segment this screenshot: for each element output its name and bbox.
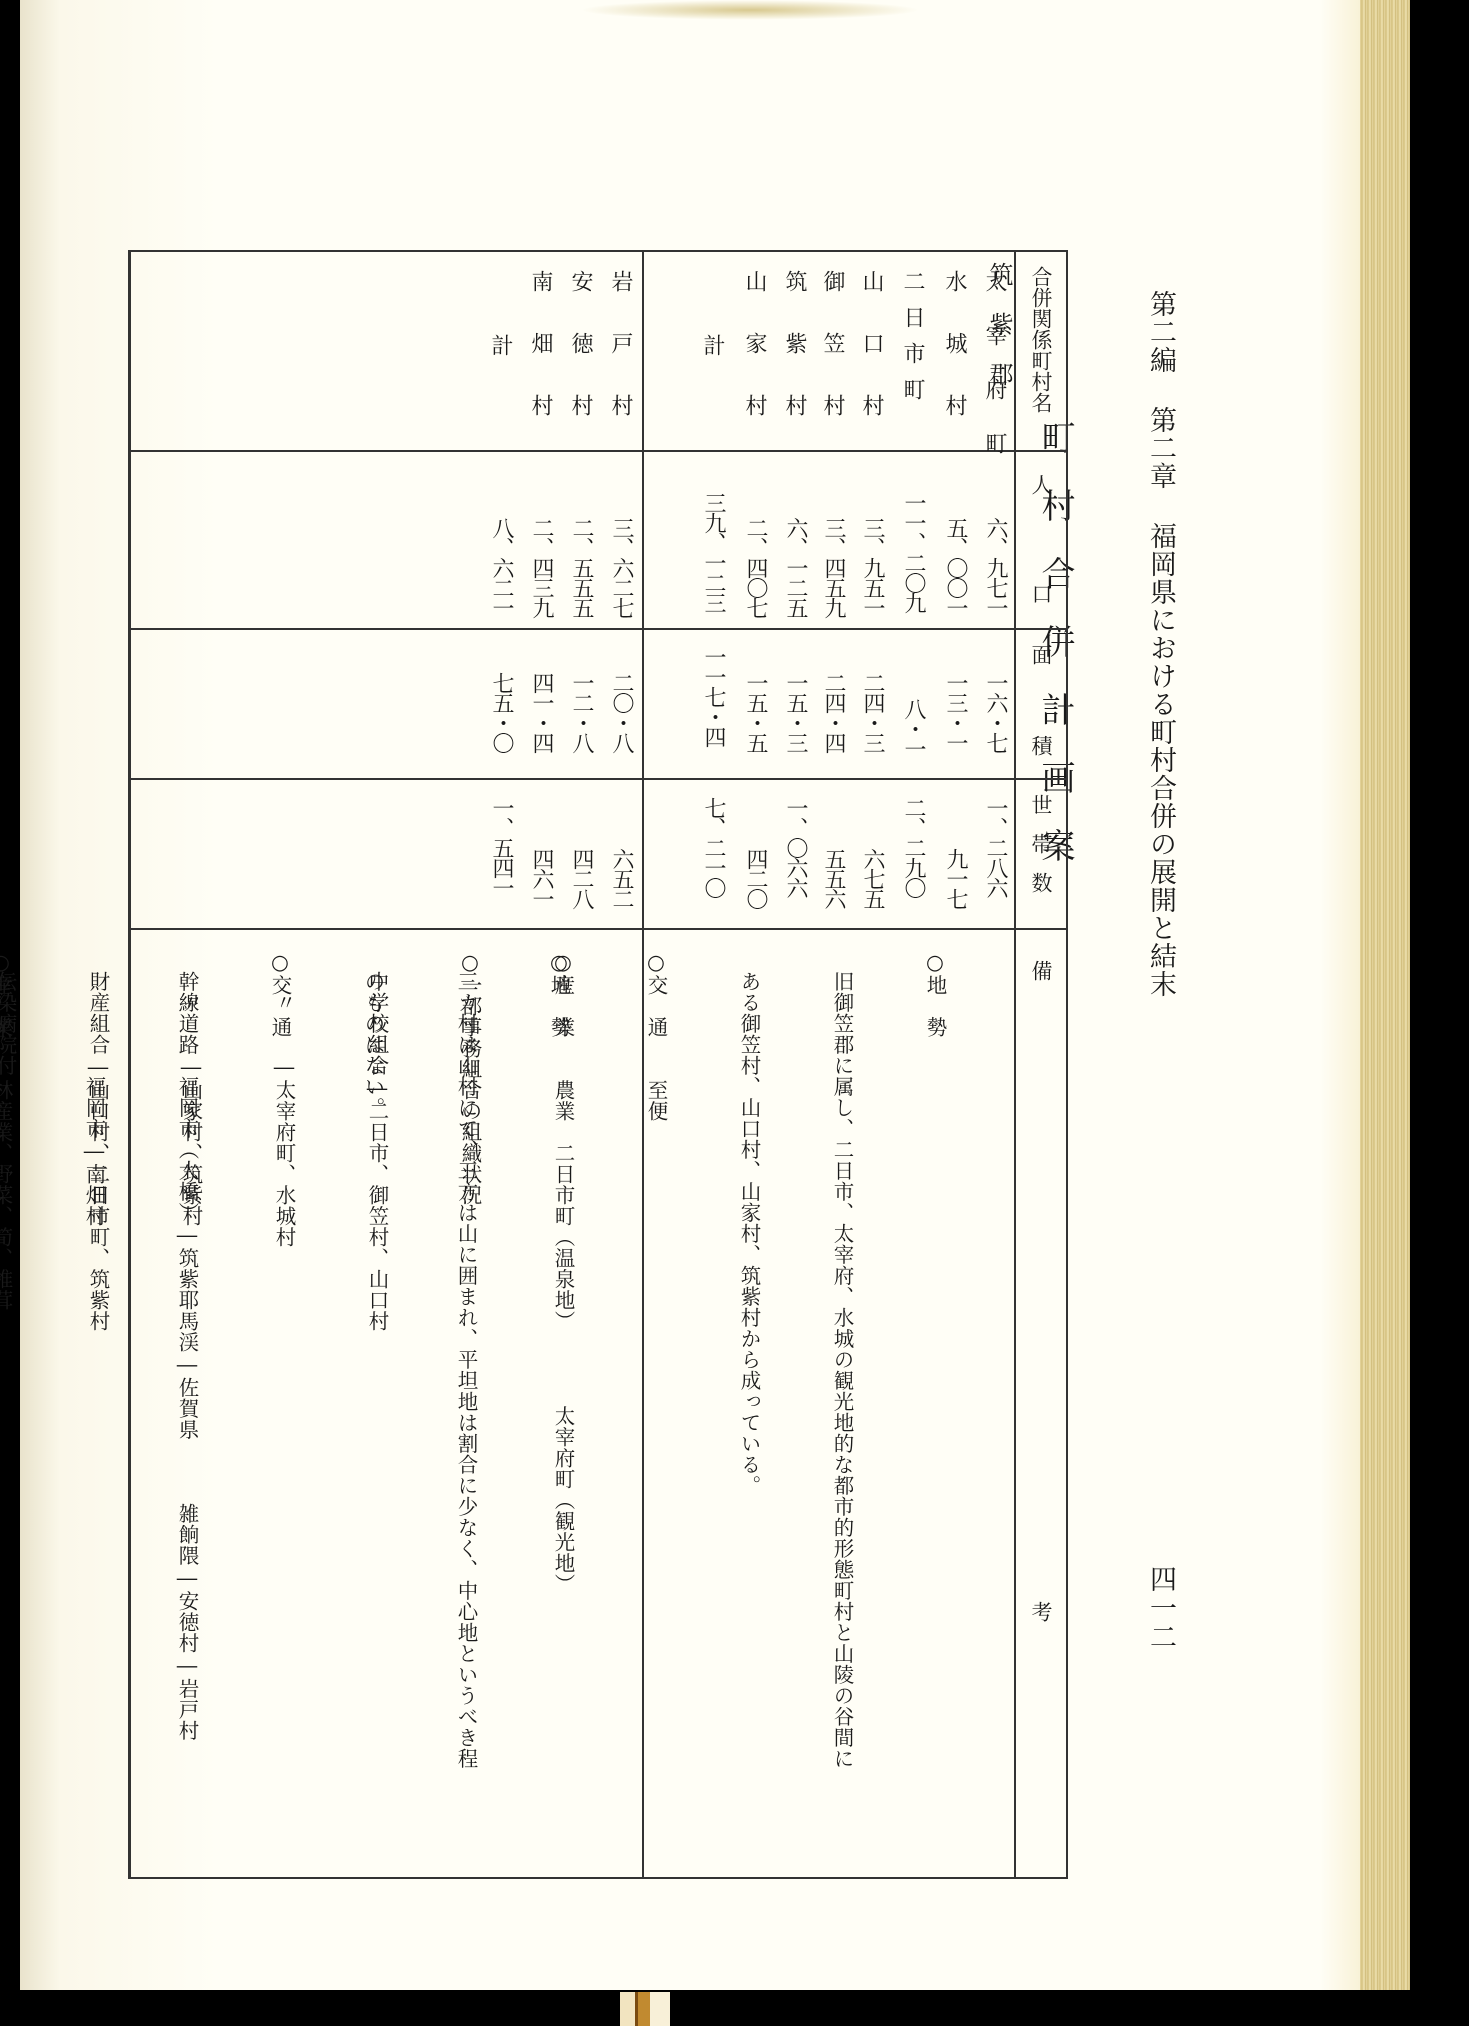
- area-value: 二四・四: [820, 672, 846, 752]
- town-name: 筑紫村: [780, 270, 808, 456]
- remark-line: ○交 通 至便: [640, 950, 671, 1769]
- table-group-2: 岩戸村 安徳村 南畑村 計 三、六二七 二、五五五 二、四三九 八、六二一 二〇…: [131, 252, 642, 1877]
- town-name: 二日市町: [898, 270, 926, 414]
- page-edge-stack: [1360, 0, 1410, 2000]
- town-name: 水城村: [940, 270, 968, 456]
- households-value: 五五六: [820, 848, 846, 908]
- scan-border: [0, 1990, 1469, 2026]
- households-value: 六五二: [608, 848, 634, 908]
- row-divider: [131, 778, 642, 780]
- population-value: 六、九七一: [982, 517, 1008, 617]
- population-value: 五、〇〇一: [942, 517, 968, 617]
- population-value: 一一、二〇九: [900, 492, 926, 612]
- book-spine-fragment: [620, 1992, 670, 2026]
- merger-plan-table: 合併関係町村名 人口 面積 世帯数 備考 太宰府町 水城村 二日市町: [128, 250, 1068, 1879]
- population-value: 二、四三九: [528, 517, 554, 617]
- header-area-cell: 面積: [1016, 630, 1066, 780]
- total-label: 計: [698, 334, 726, 356]
- households-value: 四二〇: [742, 848, 768, 908]
- page-number: 四一二: [1141, 1565, 1180, 1652]
- row-divider: [131, 628, 642, 630]
- remark-line: ○地 勢: [543, 950, 574, 1769]
- population-value: 六、一二五: [782, 517, 808, 617]
- households-value: 一、二八六: [982, 797, 1008, 897]
- running-header: 第二編 第二章 福岡県における町村合併の展開と結末: [1141, 290, 1180, 998]
- area-value: 一二・八: [568, 672, 594, 752]
- remark-line: 旧御笠郡に属し、二日市、太宰府、水城の観光地的な都市的形態町村と山陵の谷間に: [826, 950, 857, 1769]
- population-value: 八、六二一: [488, 517, 514, 617]
- row-divider: [644, 778, 1016, 780]
- town-name: 山家村: [740, 270, 768, 456]
- town-name: 安徳村: [566, 270, 594, 456]
- page-shadow: [580, 0, 920, 20]
- households-value: 四六一: [528, 848, 554, 908]
- town-name: 太宰府町: [980, 270, 1008, 486]
- population-value: 二、五五五: [568, 517, 594, 617]
- area-value: 二〇・八: [608, 672, 634, 752]
- area-value: 七五・〇: [488, 672, 514, 752]
- header-column: 合併関係町村名 人口 面積 世帯数 備考: [1014, 252, 1066, 1877]
- households-value: 一、五四一: [488, 797, 514, 897]
- remarks-block: ○地 勢 三カ村は山村にて、三方は山に囲まれ、平坦地は割合に少なく、中心地という…: [0, 950, 636, 1769]
- table-group-1: 太宰府町 水城村 二日市町 山口村 御笠村 筑紫村 山家村 計 六、九七一 五、…: [642, 252, 1016, 1877]
- town-name: 御笠村: [818, 270, 846, 456]
- area-value: 一三・一: [942, 672, 968, 752]
- remark-line: ○地 勢: [919, 950, 950, 1769]
- remark-line: 三カ村は山村にて、三方は山に囲まれ、平坦地は割合に少なく、中心地というべき程: [450, 950, 481, 1769]
- area-value: 二四・三: [859, 672, 885, 752]
- households-value: 一、〇六六: [782, 797, 808, 897]
- area-value: 一五・三: [782, 672, 808, 752]
- households-value: 四二八: [568, 848, 594, 908]
- households-value: 九一七: [942, 848, 968, 908]
- households-value: 六七五: [859, 848, 885, 908]
- area-value: 一六・七: [982, 672, 1008, 752]
- area-value: 一一七・四: [700, 646, 726, 746]
- population-value: 三九、一二三: [700, 492, 726, 612]
- town-name: 南畑村: [526, 270, 554, 456]
- header-remarks-cell: 備考: [1016, 930, 1066, 1877]
- header-names-cell: 合併関係町村名: [1016, 252, 1066, 452]
- header-households-cell: 世帯数: [1016, 780, 1066, 930]
- row-divider: [644, 628, 1016, 630]
- header-area: 面積: [1026, 644, 1056, 778]
- book-page: 第二編 第二章 福岡県における町村合併の展開と結末 四一二 町村合併計画案 筑紫…: [20, 0, 1410, 2000]
- town-name: 山口村: [857, 270, 885, 456]
- header-population-cell: 人口: [1016, 452, 1066, 630]
- population-value: 三、六二七: [608, 517, 634, 617]
- header-remarks: 備考: [1026, 960, 1056, 1877]
- remark-line: ○産 業 林産業、野菜、筍、椎茸: [0, 950, 16, 1769]
- area-value: 四一・四: [528, 672, 554, 752]
- header-households: 世帯数: [1026, 794, 1056, 928]
- households-value: 二、二九〇: [900, 797, 926, 897]
- population-value: 三、四五九: [820, 517, 846, 617]
- town-name: 岩戸村: [606, 270, 634, 456]
- population-value: 三、九五一: [859, 517, 885, 617]
- area-value: 一五・五: [742, 672, 768, 752]
- header-names: 合併関係町村名: [1026, 266, 1056, 450]
- remark-line: のものはない。: [357, 950, 388, 1769]
- row-divider: [131, 928, 642, 930]
- header-population: 人口: [1026, 474, 1056, 628]
- remark-line: 福岡市―南畑村: [78, 950, 109, 1769]
- population-value: 二、四〇七: [742, 517, 768, 617]
- area-value: 八・一: [900, 698, 926, 758]
- remark-line: ○交 通: [264, 950, 295, 1769]
- remark-line: ある御笠村、山口村、山家村、筑紫村から成っている。: [733, 950, 764, 1769]
- total-label: 計: [486, 334, 514, 356]
- row-divider: [644, 928, 1016, 930]
- remark-line: 幹線道路 福岡市（大橋）―筑紫耶馬渓―佐賀県 雑餉隈―安徳村―岩戸村: [171, 950, 202, 1769]
- households-value: 七、二一〇: [700, 797, 726, 897]
